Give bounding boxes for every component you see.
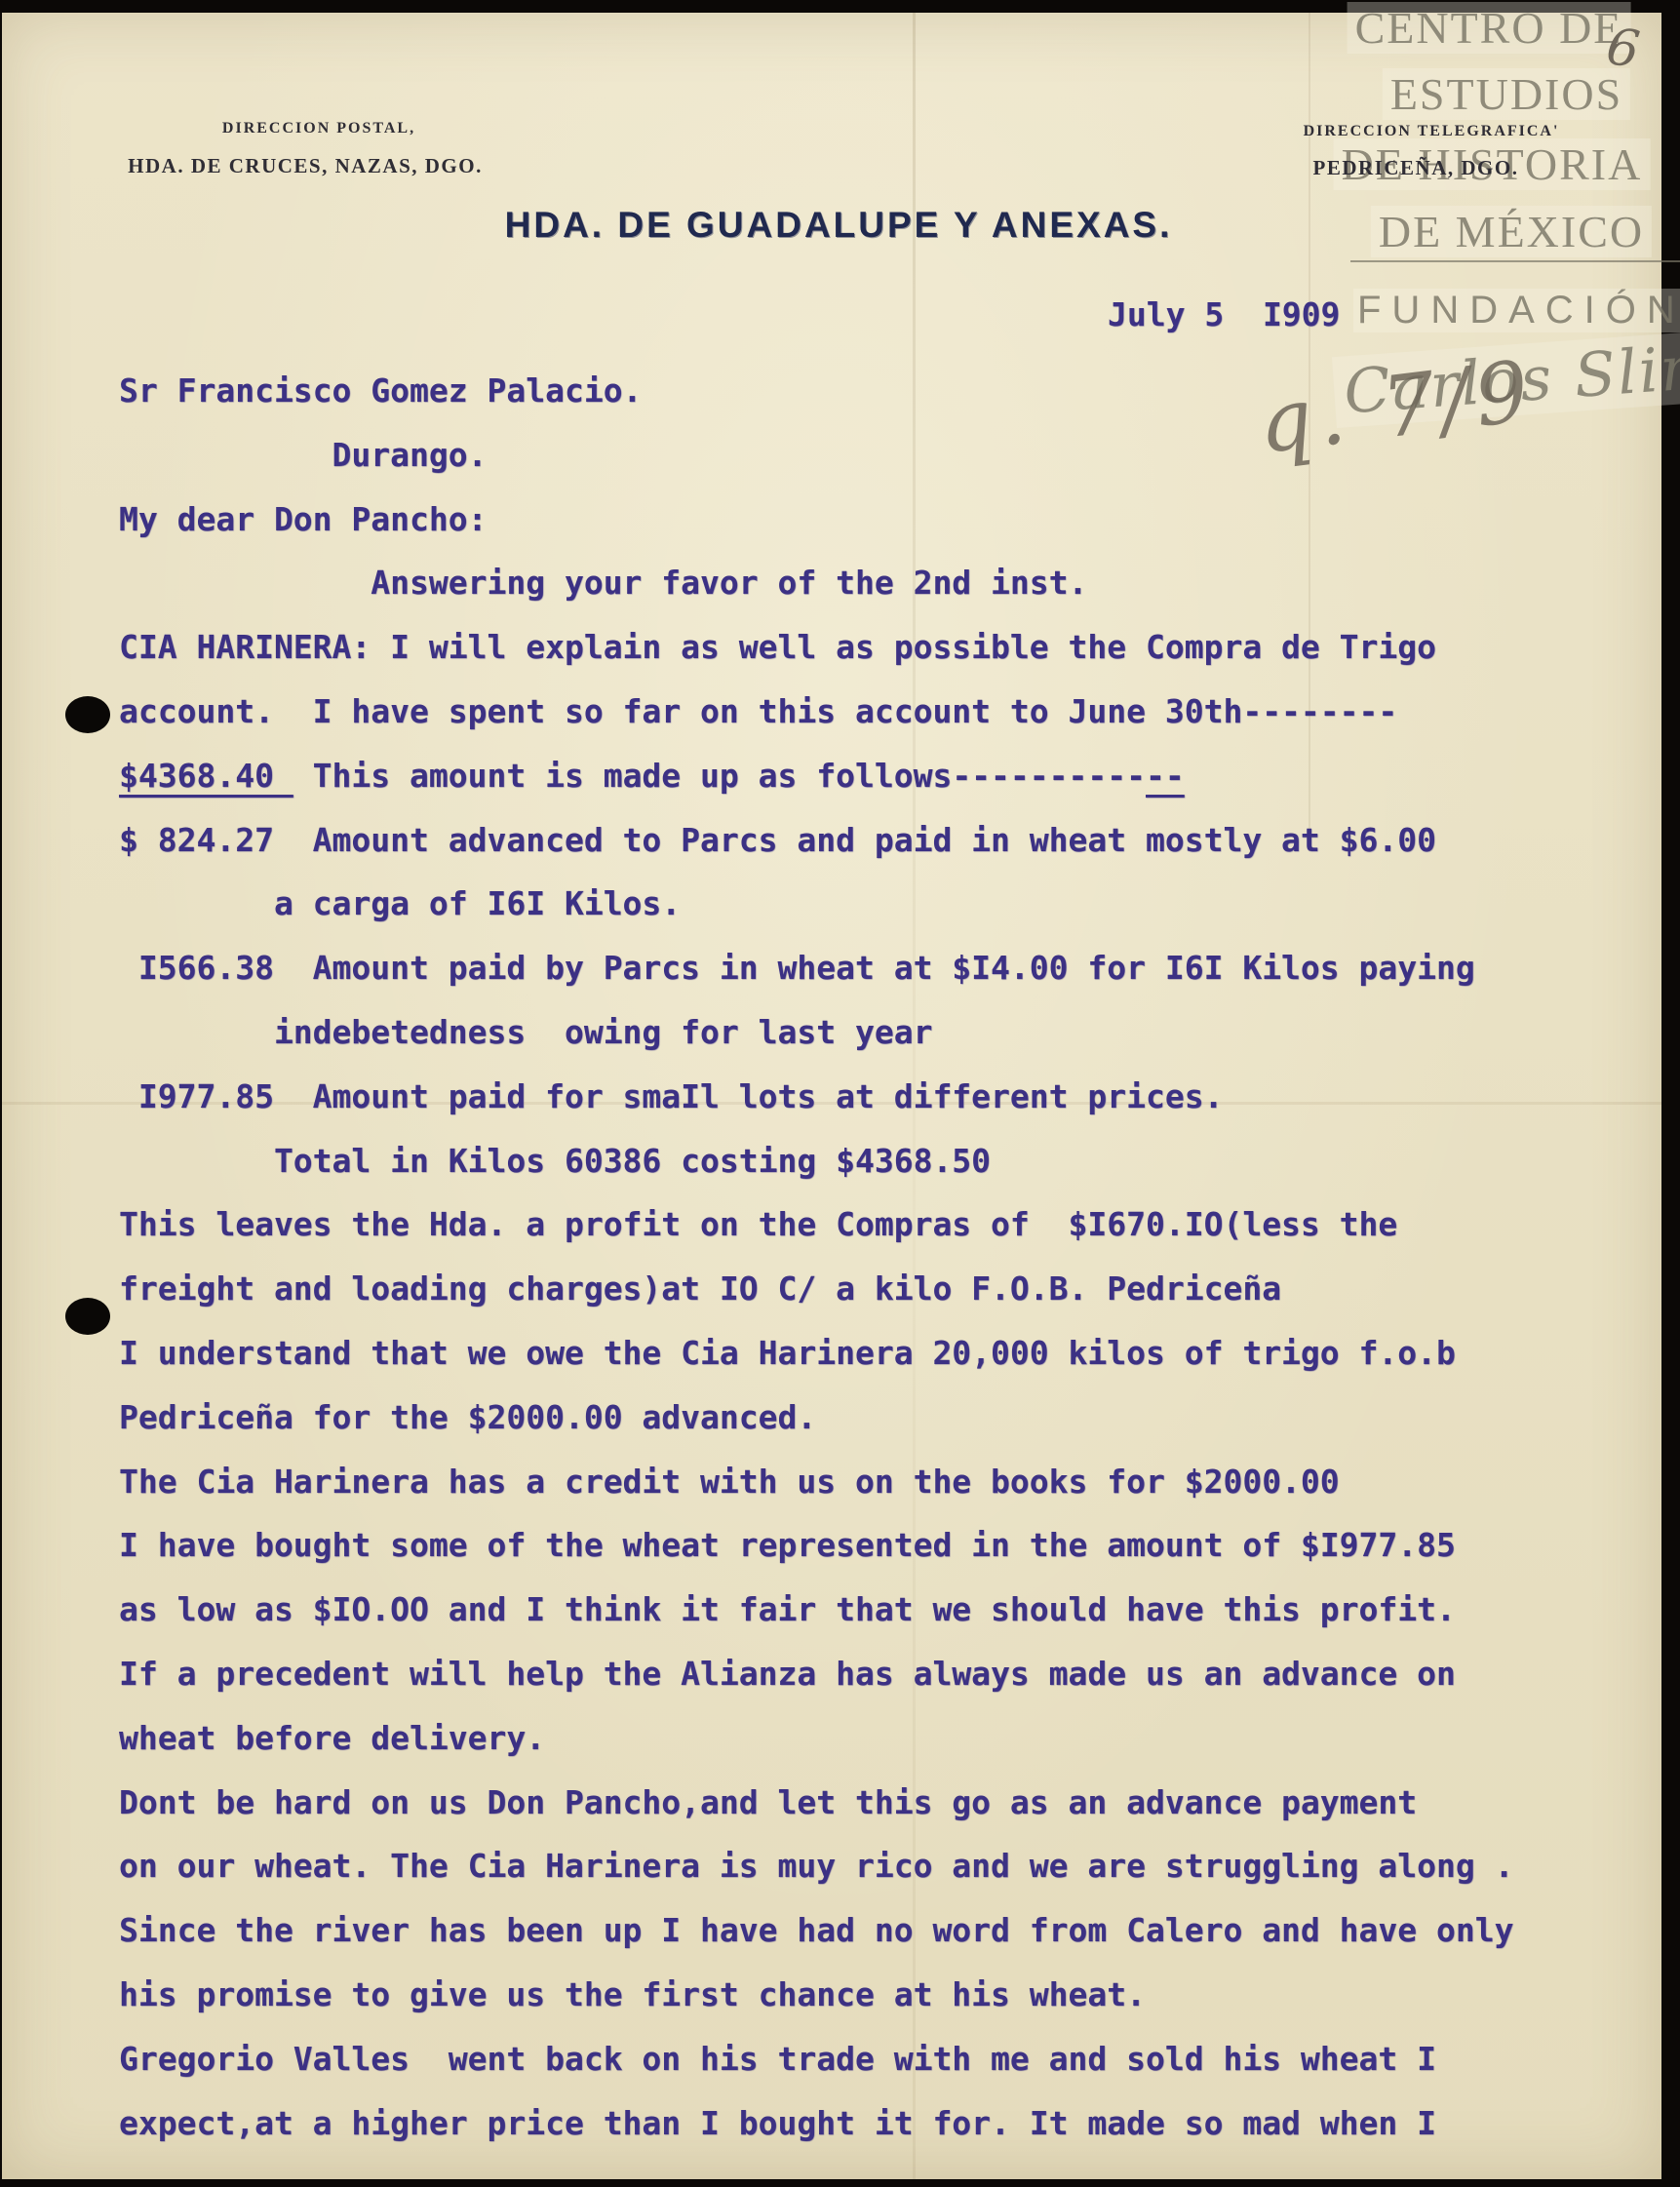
letter-line: Answering your favor of the 2nd inst. [119,551,1513,615]
letterhead-title: HDA. DE GUADALUPE Y ANEXAS. [505,205,1173,246]
letter-line: wheat before delivery. [119,1706,1513,1771]
letter-line: Gregorio Valles went back on his trade w… [119,2027,1513,2091]
letter-line: Total in Kilos 60386 costing $4368.50 [119,1129,1513,1193]
letter-line: My dear Don Pancho: [119,488,1513,552]
letter-line: a carga of I6I Kilos. [119,872,1513,936]
letter-line: indebetedness owing for last year [119,1000,1513,1065]
letter-line: Sr Francisco Gomez Palacio. [119,359,1513,423]
letter-line: Since the river has been up I have had n… [119,1898,1513,1963]
scanned-letter-page: { "letterhead": { "postal_label": "DIREC… [0,0,1680,2187]
letter-line: as low as $IO.OO and I think it fair tha… [119,1578,1513,1642]
letter-line: freight and loading charges)at IO C/ a k… [119,1257,1513,1321]
letterhead-telegraph-value: PEDRICEÑA, DGO. [1313,156,1519,180]
letter-line: Durango. [119,423,1513,488]
letter-lines: Sr Francisco Gomez Palacio. Durango.My d… [119,359,1513,2155]
watermark-line-1: CENTRO DE [1348,2,1631,54]
letter-line: Dont be hard on us Don Pancho,and let th… [119,1771,1513,1835]
letter-line: CIA HARINERA: I will explain as well as … [119,615,1513,680]
watermark-line-2: ESTUDIOS [1383,68,1630,120]
letter-line: I977.85 Amount paid for smaIl lots at di… [119,1065,1513,1129]
letterhead-postal-value: HDA. DE CRUCES, NAZAS, DGO. [128,154,483,178]
letter-line: expect,at a higher price than I bought i… [119,2091,1513,2156]
letter-line: If a precedent will help the Alianza has… [119,1642,1513,1706]
letter-line: This leaves the Hda. a profit on the Com… [119,1192,1513,1257]
letter-date: July 5 I909 [1108,295,1340,333]
letterhead-postal-label: DIRECCION POSTAL, [222,120,415,137]
letter-line: account. I have spent so far on this acc… [119,680,1513,744]
letter-line: I have bought some of the wheat represen… [119,1513,1513,1578]
letter-line: $ 824.27 Amount advanced to Parcs and pa… [119,808,1513,873]
letter-line: $4368.40 This amount is made up as follo… [119,744,1513,808]
letter-line: on our wheat. The Cia Harinera is muy ri… [119,1834,1513,1898]
punch-hole-top [65,696,110,733]
letter-line: I566.38 Amount paid by Parcs in wheat at… [119,936,1513,1000]
watermark-rule [1350,260,1680,262]
watermark-foundation: FUNDACIÓN [1353,289,1680,332]
watermark-line-4: DE MÉXICO [1371,206,1652,257]
letter-line: I understand that we owe the Cia Hariner… [119,1321,1513,1386]
letterhead-telegraph-label: DIRECCION TELEGRAFICA' [1304,123,1560,140]
punch-hole-bottom [65,1298,110,1335]
letter-line: The Cia Harinera has a credit with us on… [119,1450,1513,1514]
letter-line: his promise to give us the first chance … [119,1963,1513,2027]
letter-line: Pedriceña for the $2000.00 advanced. [119,1386,1513,1450]
